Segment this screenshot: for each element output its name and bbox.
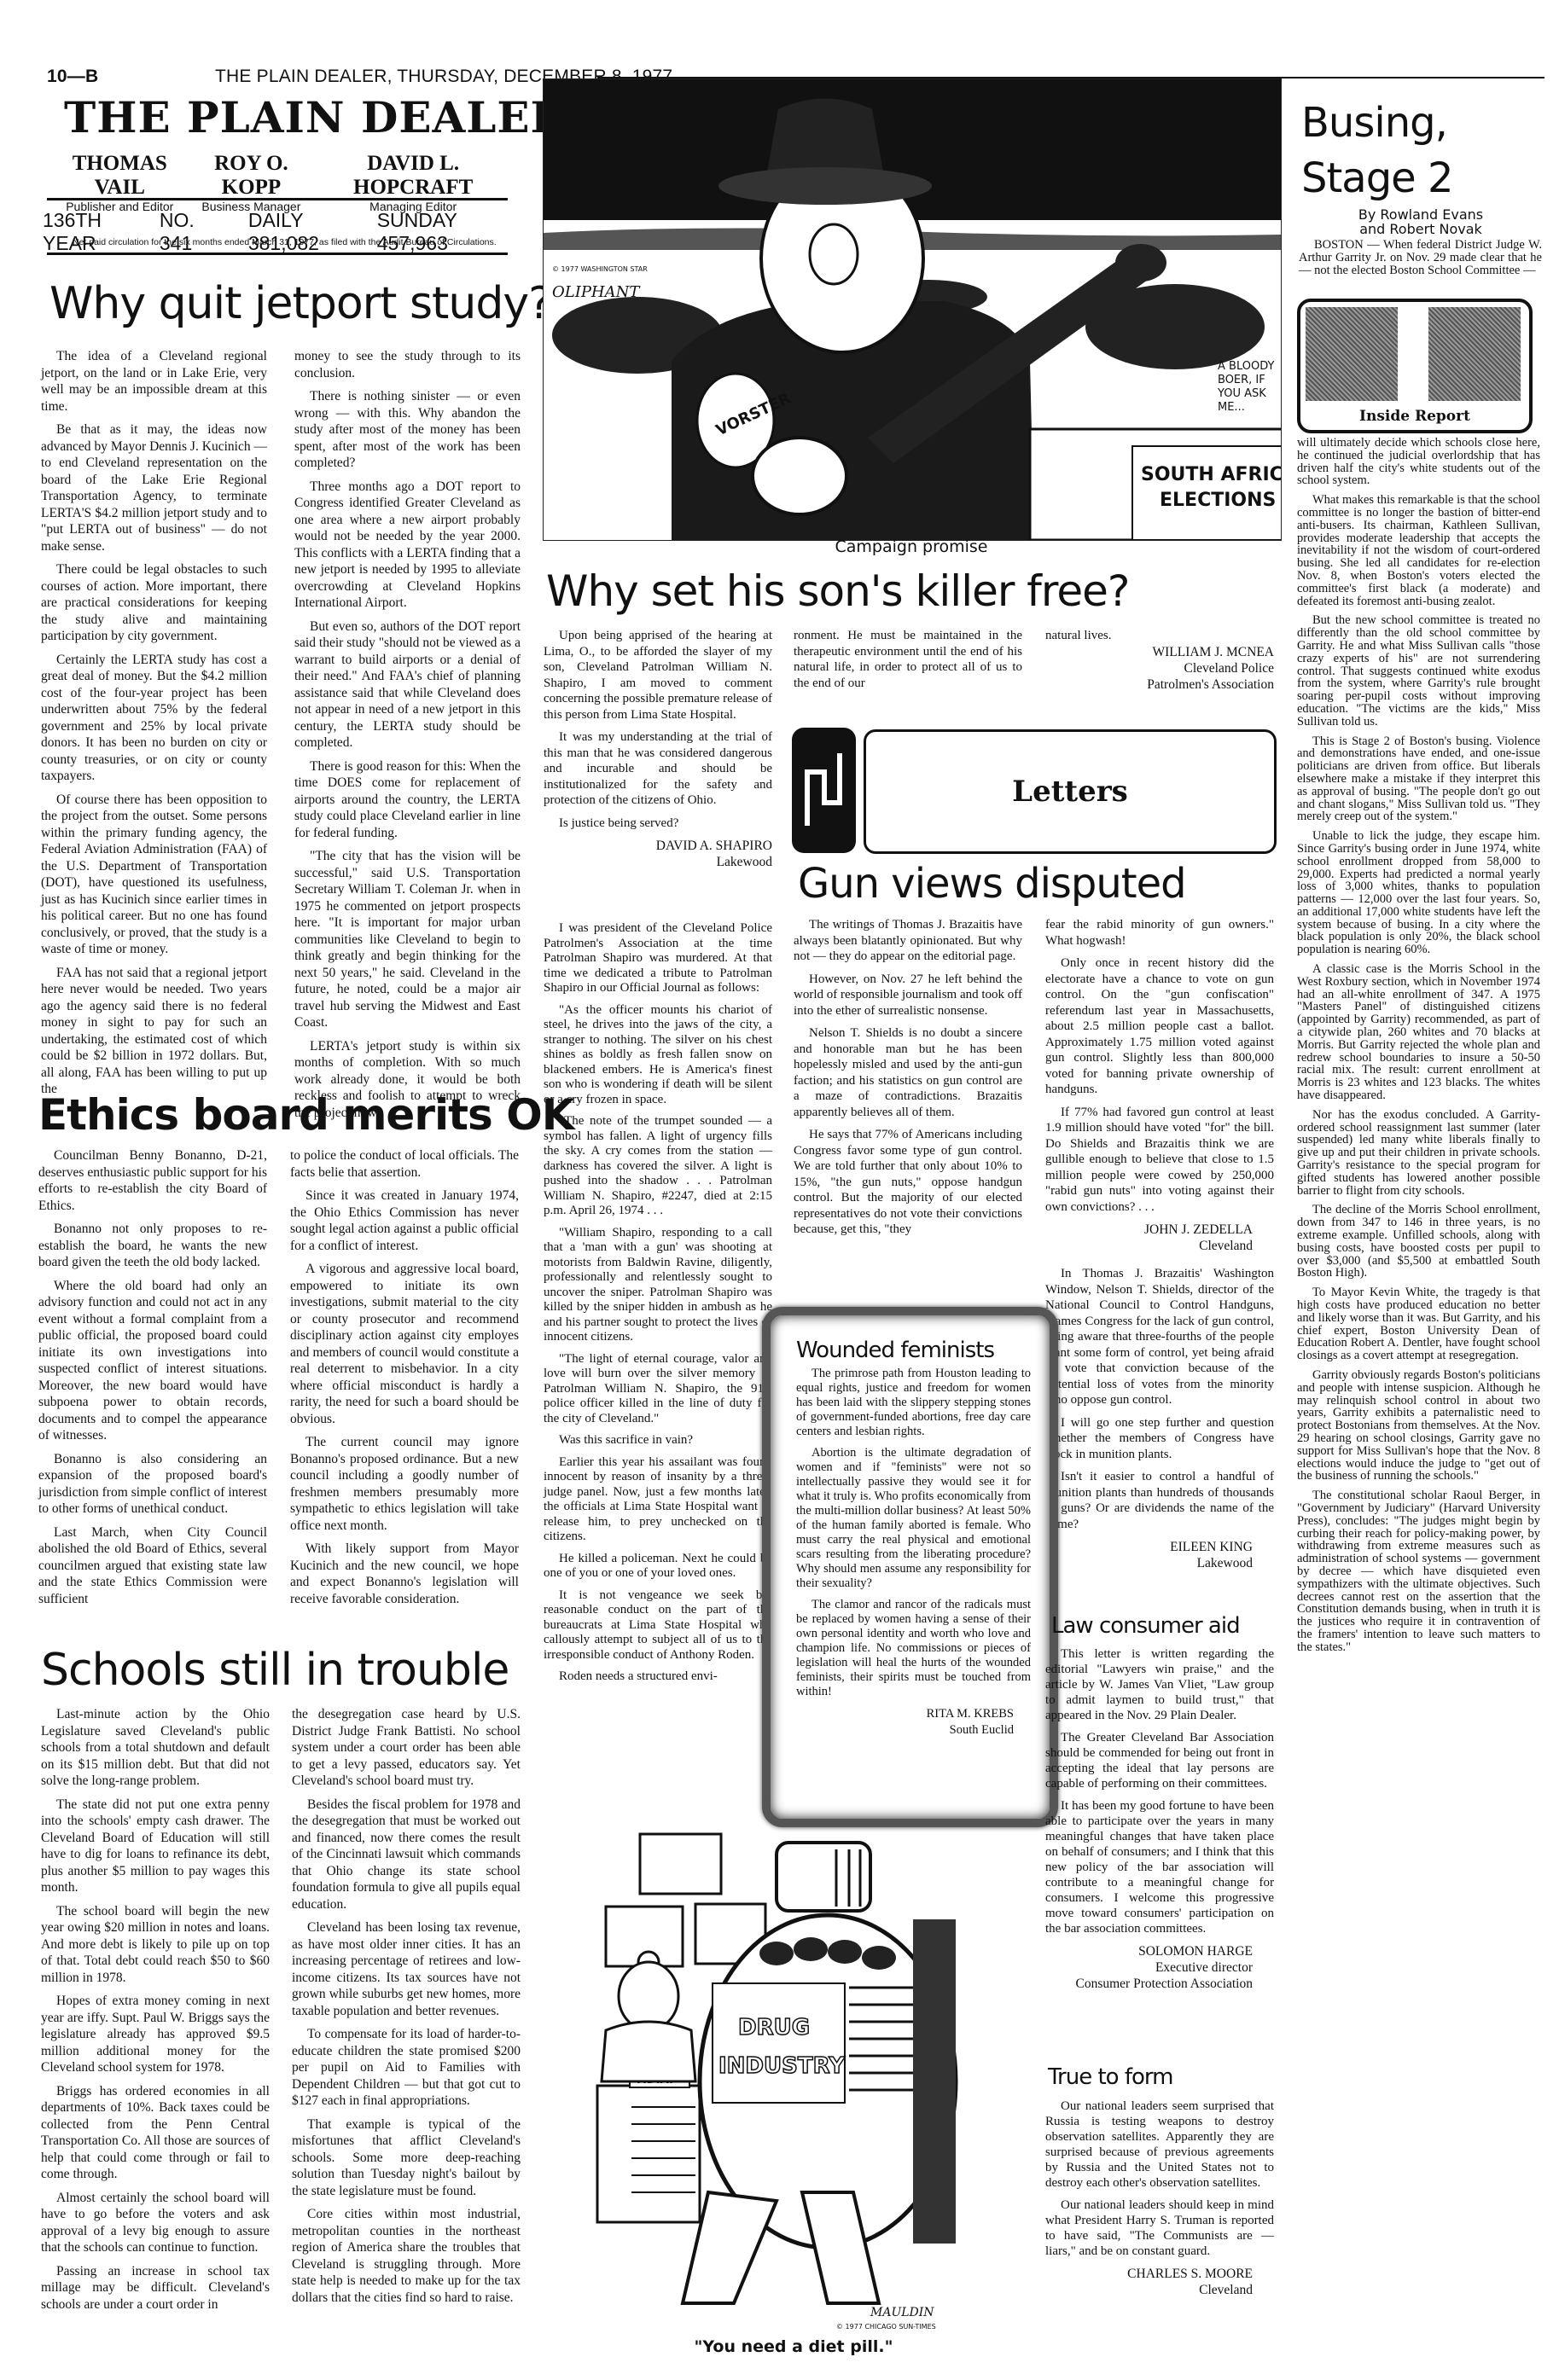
wounded-feminists-box: Wounded feminists The primrose path from…: [762, 1307, 1058, 1827]
paragraph: The school board will begin the new year…: [41, 1903, 270, 1987]
paragraph: "The note of the trumpet sounded — a sym…: [544, 1114, 772, 1219]
svg-text:MAULDIN: MAULDIN: [870, 2306, 934, 2319]
signer-place: Lakewood: [1045, 1555, 1253, 1571]
paragraph: I was president of the Cleveland Police …: [544, 921, 772, 996]
paragraph: money to see the study through to its co…: [294, 348, 521, 381]
paragraph: But even so, authors of the DOT report s…: [294, 618, 521, 752]
svg-text:INDUSTRY: INDUSTRY: [718, 2053, 846, 2079]
paragraph: In Thomas J. Brazaitis' Washington Windo…: [1045, 1266, 1274, 1408]
jetport-col1: The idea of a Cleveland regional jetport…: [41, 348, 267, 1105]
killer-letter2-col3: natural lives. WILLIAM J. McNEA Clevelan…: [1045, 628, 1274, 693]
svg-text:A BLOODY: A BLOODY: [1218, 360, 1274, 373]
headline-wounded-feminists: Wounded feminists: [796, 1339, 1050, 1361]
paragraph: There is nothing sinister — or even wron…: [294, 388, 521, 472]
paragraph: A classic case is the Morris School in t…: [1297, 963, 1540, 1102]
paragraph: natural lives.: [1045, 628, 1274, 644]
paragraph: It was my understanding at the trial of …: [544, 729, 772, 809]
paragraph: If 77% had favored gun control at least …: [1045, 1105, 1274, 1216]
cartoon-illustration-icon: F.D.A. DRUG INDUSTRY MAULDIN © 1977 CHIC…: [555, 1826, 1033, 2337]
jetport-col2: money to see the study through to its co…: [294, 348, 521, 1128]
schools-col1: Last-minute action by the Ohio Legislatu…: [41, 1706, 270, 2319]
svg-text:DRUG: DRUG: [738, 2015, 810, 2040]
cartoon-illustration-icon: VORSTER SOUTH AFRICAN ELECTIONS A BLOODY…: [544, 79, 1281, 540]
officer: THOMAS VAIL Publisher and Editor: [51, 152, 189, 213]
circulation-note: Net paid circulation for the six months …: [73, 237, 516, 247]
signature: RITA M. KREBS South Euclid: [796, 1706, 1031, 1739]
paragraph: Is justice being served?: [544, 816, 772, 832]
byline-line2: and Robert Novak: [1297, 222, 1544, 236]
paragraph: FAA has not said that a regional jetport…: [41, 965, 267, 1098]
signature: JOHN J. ZEDELLA Cleveland: [1045, 1222, 1274, 1254]
paragraph: "The light of eternal courage, valor and…: [544, 1352, 772, 1427]
gun-views-col2: fear the rabid minority of gun owners." …: [1045, 917, 1274, 1571]
signer-affiliation: Cleveland Police Patrolmen's Association: [1122, 660, 1274, 693]
headline-killer: Why set his son's killer free?: [546, 570, 1129, 612]
inside-report-logo: Inside Report: [1297, 299, 1533, 433]
paragraph: Briggs has ordered economies in all depa…: [41, 2083, 270, 2183]
officer-name: ROY O. KOPP: [189, 152, 315, 200]
circulation-line: 136TH YEAR NO. 341 DAILY 381,082 SUNDAY …: [43, 209, 512, 255]
headline-gun-views: Gun views disputed: [798, 863, 1186, 904]
plain-dealer-logo: [792, 728, 856, 853]
paragraph: "The city that has the vision will be su…: [294, 848, 521, 1031]
gun-views-col1: The writings of Thomas J. Brazaitis have…: [794, 917, 1022, 1245]
signature: SOLOMON HARGE Executive director Consume…: [1045, 1943, 1274, 1992]
busing-body: will ultimately decide which schools clo…: [1297, 437, 1540, 1661]
headline-ethics: Ethics board merits OK: [38, 1094, 573, 1136]
paragraph: Core cities within most industrial, metr…: [292, 2206, 521, 2306]
signature: EILEEN KING Lakewood: [1045, 1539, 1274, 1571]
headline-jetport: Why quit jetport study?: [49, 282, 551, 326]
headline-law-consumer-aid: Law consumer aid: [1051, 1615, 1240, 1637]
officer-name: DAVID L. HOPCRAFT: [314, 152, 512, 200]
paragraph: The clamor and rancor of the radicals mu…: [796, 1598, 1031, 1699]
paragraph: Hopes of extra money coming in next year…: [41, 1993, 270, 2076]
svg-text:YOU ASK: YOU ASK: [1217, 387, 1266, 400]
true-to-form-body: Our national leaders seem surprised that…: [1045, 2098, 1274, 2298]
byline-line1: By Rowland Evans: [1297, 207, 1544, 222]
paragraph: Cleveland has been losing tax revenue, a…: [292, 1919, 521, 2019]
paragraph: The constitutional scholar Raoul Berger,…: [1297, 1489, 1540, 1653]
author-photo-novak: [1428, 307, 1521, 401]
paragraph: Our national leaders should keep in mind…: [1045, 2197, 1274, 2259]
busing-byline: By Rowland Evans and Robert Novak: [1297, 207, 1544, 236]
letters-banner: Letters: [864, 729, 1277, 854]
headline-true-to-form: True to form: [1048, 2066, 1172, 2088]
signature: DAVID A. SHAPIRO Lakewood: [544, 838, 772, 870]
officer: ROY O. KOPP Business Manager: [189, 152, 315, 213]
paragraph: Besides the fiscal problem for 1978 and …: [292, 1797, 521, 1913]
signer-name: EILEEN KING: [1045, 1539, 1253, 1555]
signer-name: CHARLES S. MOORE: [1045, 2266, 1253, 2282]
svg-text:SOUTH AFRICAN: SOUTH AFRICAN: [1141, 464, 1281, 485]
editorial-cartoon-vorster: VORSTER SOUTH AFRICAN ELECTIONS A BLOODY…: [543, 78, 1282, 541]
paragraph: He killed a policeman. Next he could be …: [544, 1552, 772, 1582]
svg-text:ELECTIONS: ELECTIONS: [1160, 490, 1276, 511]
paragraph: Only once in recent history did the elec…: [1045, 955, 1274, 1098]
masthead-title: THE PLAIN DEALER: [64, 92, 567, 142]
paragraph: Nelson T. Shields is no doubt a sincere …: [794, 1025, 1022, 1120]
signature: CHARLES S. MOORE Cleveland: [1045, 2266, 1274, 2298]
paragraph: Upon being apprised of the hearing at Li…: [544, 628, 772, 723]
sunday-circulation: SUNDAY 457,963: [377, 209, 512, 255]
paragraph: Our national leaders seem surprised that…: [1045, 2098, 1274, 2191]
paragraph: Three months ago a DOT report to Congres…: [294, 479, 521, 612]
svg-text:BOER, IF: BOER, IF: [1218, 374, 1265, 386]
killer-letter2-col2: ronment. He must be maintained in the th…: [794, 628, 1022, 698]
signature: WILLIAM J. McNEA Cleveland Police Patrol…: [1045, 644, 1274, 693]
signer-name: RITA M. KREBS: [796, 1706, 1014, 1722]
paragraph: Where the old board had only an advisory…: [38, 1278, 267, 1444]
paragraph: Bonanno is also considering an expansion…: [38, 1451, 267, 1518]
signer-place: Cleveland: [1045, 2282, 1253, 2298]
paragraph: Nor has the exodus concluded. A Garrity-…: [1297, 1109, 1540, 1198]
paragraph: This is Stage 2 of Boston's busing. Viol…: [1297, 735, 1540, 824]
paragraph: To compensate for its load of harder-to-…: [292, 2026, 521, 2110]
svg-text:© 1977 CHICAGO SUN-TIMES: © 1977 CHICAGO SUN-TIMES: [836, 2323, 936, 2331]
paragraph: To Mayor Kevin White, the tragedy is tha…: [1297, 1286, 1540, 1362]
busing-lead: BOSTON — When federal District Judge W. …: [1299, 239, 1542, 284]
paragraph: Bonanno not only proposes to re-establis…: [38, 1221, 267, 1271]
paragraph: However, on Nov. 27 he left behind the w…: [794, 972, 1022, 1019]
paragraph: Passing an increase in school tax millag…: [41, 2263, 270, 2313]
paragraph: "As the officer mounts his chariot of st…: [544, 1003, 772, 1108]
svg-text:ME...: ME...: [1218, 401, 1245, 414]
paragraph: It is not vengeance we seek but reasonab…: [544, 1588, 772, 1663]
ethics-col2: to police the conduct of local officials…: [290, 1147, 519, 1614]
killer-letter1: Upon being apprised of the hearing at Li…: [544, 628, 772, 870]
paragraph: Be that as it may, the ideas now advance…: [41, 421, 267, 554]
killer-letter2-col1: I was president of the Cleveland Police …: [544, 921, 772, 1692]
signer-name: JOHN J. ZEDELLA: [1045, 1222, 1253, 1238]
year-number: 136TH YEAR: [43, 209, 144, 255]
paragraph: Earlier this year his assailant was foun…: [544, 1455, 772, 1545]
pd-logo-icon: [792, 728, 856, 853]
paragraph: With likely support from Mayor Kucinich …: [290, 1541, 519, 1607]
svg-text:OLIPHANT: OLIPHANT: [552, 283, 641, 301]
paragraph: He says that 77% of Americans including …: [794, 1127, 1022, 1238]
paragraph: Was this sacrifice in vain?: [544, 1433, 772, 1448]
daily-circulation: DAILY 381,082: [248, 209, 362, 255]
paragraph: Almost certainly the school board will h…: [41, 2190, 270, 2256]
paragraph: Since it was created in January 1974, th…: [290, 1187, 519, 1254]
cartoon-caption-bottom: "You need a diet pill.": [555, 2337, 1033, 2356]
masthead-officers: THOMAS VAIL Publisher and Editor ROY O. …: [51, 152, 512, 213]
paragraph: Garrity obviously regards Boston's polit…: [1297, 1369, 1540, 1483]
paragraph: There could be legal obstacles to such c…: [41, 561, 267, 645]
signer-title: Executive director: [1045, 1959, 1253, 1976]
signer-name: WILLIAM J. McNEA: [1045, 644, 1274, 660]
paragraph: Abortion is the ultimate degradation of …: [796, 1446, 1031, 1591]
paragraph: The current council may ignore Bonanno's…: [290, 1434, 519, 1534]
paragraph: fear the rabid minority of gun owners." …: [1045, 917, 1274, 949]
paragraph: What makes this remarkable is that the s…: [1297, 494, 1540, 607]
schools-col2: the desegregation case heard by U.S. Dis…: [292, 1706, 521, 2313]
paragraph: to police the conduct of local officials…: [290, 1147, 519, 1181]
letters-title: Letters: [1012, 775, 1128, 809]
paragraph: Of course there has been opposition to t…: [41, 792, 267, 958]
signer-name: SOLOMON HARGE: [1045, 1943, 1253, 1959]
inside-report-label: Inside Report: [1300, 408, 1529, 425]
paragraph: the desegregation case heard by U.S. Dis…: [292, 1706, 521, 1790]
svg-text:© 1977 WASHINGTON STAR: © 1977 WASHINGTON STAR: [552, 265, 648, 273]
paragraph: Roden needs a structured envi-: [544, 1669, 772, 1685]
paragraph: "William Shapiro, responding to a call t…: [544, 1226, 772, 1345]
paragraph: I will go one step further and question …: [1045, 1415, 1274, 1463]
editorial-cartoon-drug-industry: F.D.A. DRUG INDUSTRY MAULDIN © 1977 CHIC…: [555, 1826, 1033, 2337]
paragraph: There is good reason for this: When the …: [294, 758, 521, 842]
headline-busing-line2: Stage 2: [1301, 158, 1453, 199]
law-consumer-aid-body: This letter is written regarding the edi…: [1045, 1646, 1274, 1992]
paragraph: will ultimately decide which schools clo…: [1297, 437, 1540, 487]
paragraph: The idea of a Cleveland regional jetport…: [41, 348, 267, 415]
wounded-feminists-body: The primrose path from Houston leading t…: [796, 1367, 1031, 1739]
cartoon-caption-top: Campaign promise: [543, 537, 1280, 556]
paragraph: ronment. He must be maintained in the th…: [794, 628, 1022, 691]
paragraph: Councilman Benny Bonanno, D-21, deserves…: [38, 1147, 267, 1214]
spacer: [1045, 1254, 1274, 1266]
signer-affiliation: Consumer Protection Association: [1045, 1976, 1253, 1992]
signer-place: Cleveland: [1045, 1238, 1253, 1254]
masthead-rule-top: [47, 198, 508, 200]
ethics-col1: Councilman Benny Bonanno, D-21, deserves…: [38, 1147, 267, 1614]
paragraph: The Greater Cleveland Bar Association sh…: [1045, 1730, 1274, 1791]
paragraph: Isn't it easier to control a handful of …: [1045, 1469, 1274, 1532]
signer-name: DAVID A. SHAPIRO: [544, 838, 772, 854]
paragraph: The state did not put one extra penny in…: [41, 1797, 270, 1896]
signer-place: South Euclid: [796, 1722, 1014, 1739]
paragraph: A vigorous and aggressive local board, e…: [290, 1261, 519, 1427]
paragraph: The writings of Thomas J. Brazaitis have…: [794, 917, 1022, 965]
paragraph: Last March, when City Council abolished …: [38, 1524, 267, 1608]
paragraph: That example is typical of the misfortun…: [292, 2116, 521, 2200]
paragraph: The decline of the Morris School enrollm…: [1297, 1204, 1540, 1280]
paragraph: But the new school committee is treated …: [1297, 614, 1540, 728]
headline-busing-line1: Busing,: [1301, 102, 1447, 143]
headline-schools: Schools still in trouble: [41, 1648, 509, 1692]
paragraph: The primrose path from Houston leading t…: [796, 1367, 1031, 1439]
masthead-rule-bottom: [47, 253, 508, 255]
paragraph: It has been my good fortune to have been…: [1045, 1798, 1274, 1936]
page-number: 10—B: [47, 67, 98, 87]
paragraph: Last-minute action by the Ohio Legislatu…: [41, 1706, 270, 1790]
officer: DAVID L. HOPCRAFT Managing Editor: [314, 152, 512, 213]
paragraph: Certainly the LERTA study has cost a gre…: [41, 652, 267, 785]
paragraph: Unable to lick the judge, they escape hi…: [1297, 830, 1540, 956]
signer-place: Lakewood: [544, 854, 772, 870]
author-photo-evans: [1306, 307, 1398, 401]
issue-number: NO. 341: [160, 209, 223, 255]
paragraph: This letter is written regarding the edi…: [1045, 1646, 1274, 1723]
officer-name: THOMAS VAIL: [51, 152, 189, 200]
paragraph: BOSTON — When federal District Judge W. …: [1299, 239, 1542, 277]
